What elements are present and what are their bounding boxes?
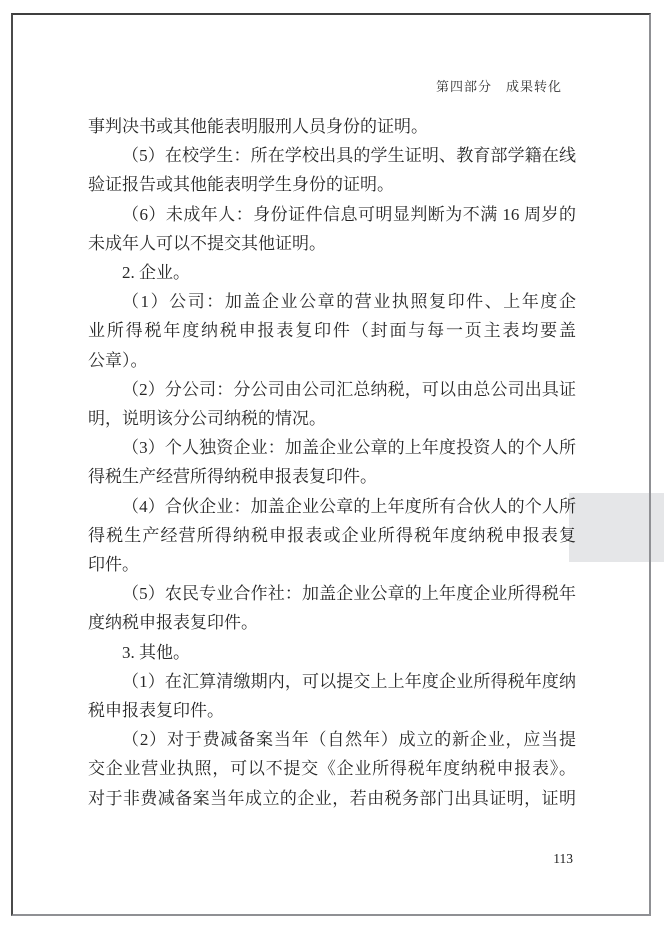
text-line: 验证报告或其他能表明学生身份的证明。 <box>88 170 576 199</box>
page-header: 第四部分 成果转化 <box>436 76 562 95</box>
text-line: 得税生产经营所得纳税申报表复印件。 <box>88 462 576 491</box>
text-line: 公章）。 <box>88 346 576 375</box>
text-line: （2）对于费减备案当年（自然年）成立的新企业，应当提 <box>88 725 576 754</box>
text-line: （6）未成年人：身份证件信息可明显判断为不满 16 周岁的 <box>88 200 576 229</box>
text-line: 交企业营业执照，可以不提交《企业所得税年度纳税申报表》。 <box>88 754 576 783</box>
body-text: 事判决书或其他能表明服刑人员身份的证明。 （5）在校学生：所在学校出具的学生证明… <box>88 112 576 813</box>
right-edge-tab <box>569 493 664 562</box>
text-line: 2. 企业。 <box>88 258 576 287</box>
text-line: 事判决书或其他能表明服刑人员身份的证明。 <box>88 112 576 141</box>
text-line: （2）分公司：分公司由公司汇总纳税，可以由总公司出具证 <box>88 375 576 404</box>
text-line: 印件。 <box>88 550 576 579</box>
text-line: （4）合伙企业：加盖企业公章的上年度所有合伙人的个人所 <box>88 492 576 521</box>
text-line: 得税生产经营所得纳税申报表或企业所得税年度纳税申报表复 <box>88 521 576 550</box>
text-line: （1）公司：加盖企业公章的营业执照复印件、上年度企 <box>88 287 576 316</box>
page-number: 113 <box>553 851 573 867</box>
text-line: 对于非费减备案当年成立的企业，若由税务部门出具证明，证明 <box>88 784 576 813</box>
text-line: （5）农民专业合作社：加盖企业公章的上年度企业所得税年 <box>88 579 576 608</box>
text-line: （5）在校学生：所在学校出具的学生证明、教育部学籍在线 <box>88 141 576 170</box>
text-line: 明，说明该分公司纳税的情况。 <box>88 404 576 433</box>
text-line: （3）个人独资企业：加盖企业公章的上年度投资人的个人所 <box>88 433 576 462</box>
text-line: 3. 其他。 <box>88 638 576 667</box>
text-line: 度纳税申报表复印件。 <box>88 608 576 637</box>
text-line: 未成年人可以不提交其他证明。 <box>88 229 576 258</box>
text-line: 业所得税年度纳税申报表复印件（封面与每一页主表均要盖 <box>88 316 576 345</box>
text-line: （1）在汇算清缴期内，可以提交上上年度企业所得税年度纳 <box>88 667 576 696</box>
text-line: 税申报表复印件。 <box>88 696 576 725</box>
